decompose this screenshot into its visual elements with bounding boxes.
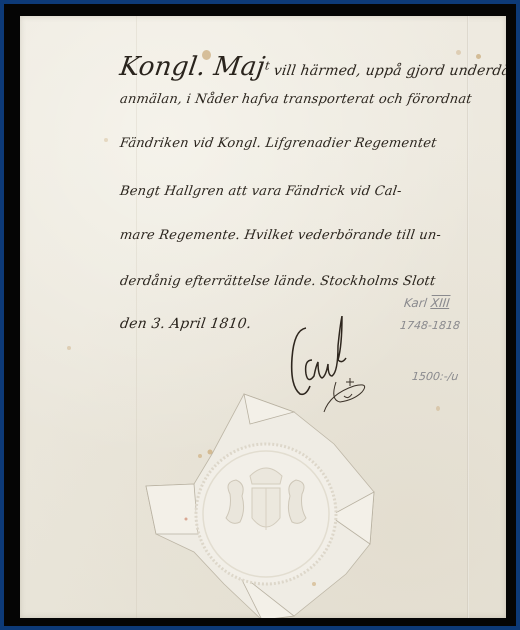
letter-line-4: Bengt Hallgren att vara Fändrick vid Cal… — [119, 184, 403, 199]
letter-salutation: Kongl. Maj — [118, 52, 267, 82]
letter-line-1: Kongl. Majt vill härmed, uppå gjord unde… — [118, 52, 506, 82]
pencil-annotation-price: 1500:-/u — [411, 370, 459, 383]
signature-icon — [282, 316, 372, 436]
document-frame: Kongl. Majt vill härmed, uppå gjord unde… — [4, 4, 516, 626]
letter-line-3: Fändriken vid Kongl. Lifgrenadier Regeme… — [119, 136, 438, 151]
foxing-stain — [67, 346, 71, 350]
pencil-annotation-dates: 1748-1818 — [399, 319, 460, 332]
letter-line-2: anmälan, i Nåder hafva transporterat och… — [119, 92, 473, 107]
letter-line-5: mare Regemente. Hvilket vederbörande til… — [119, 228, 442, 243]
foxing-stain — [436, 406, 440, 411]
pencil-annotation-name: Karl XIII — [403, 296, 450, 310]
royal-signature — [282, 316, 372, 436]
foxing-stain — [104, 138, 108, 142]
letter-paper: Kongl. Majt vill härmed, uppå gjord unde… — [20, 16, 506, 618]
letter-date: den 3. April 1810. — [119, 316, 253, 332]
letter-line-6: derdånig efterrättelse lände. Stockholms… — [119, 274, 436, 289]
